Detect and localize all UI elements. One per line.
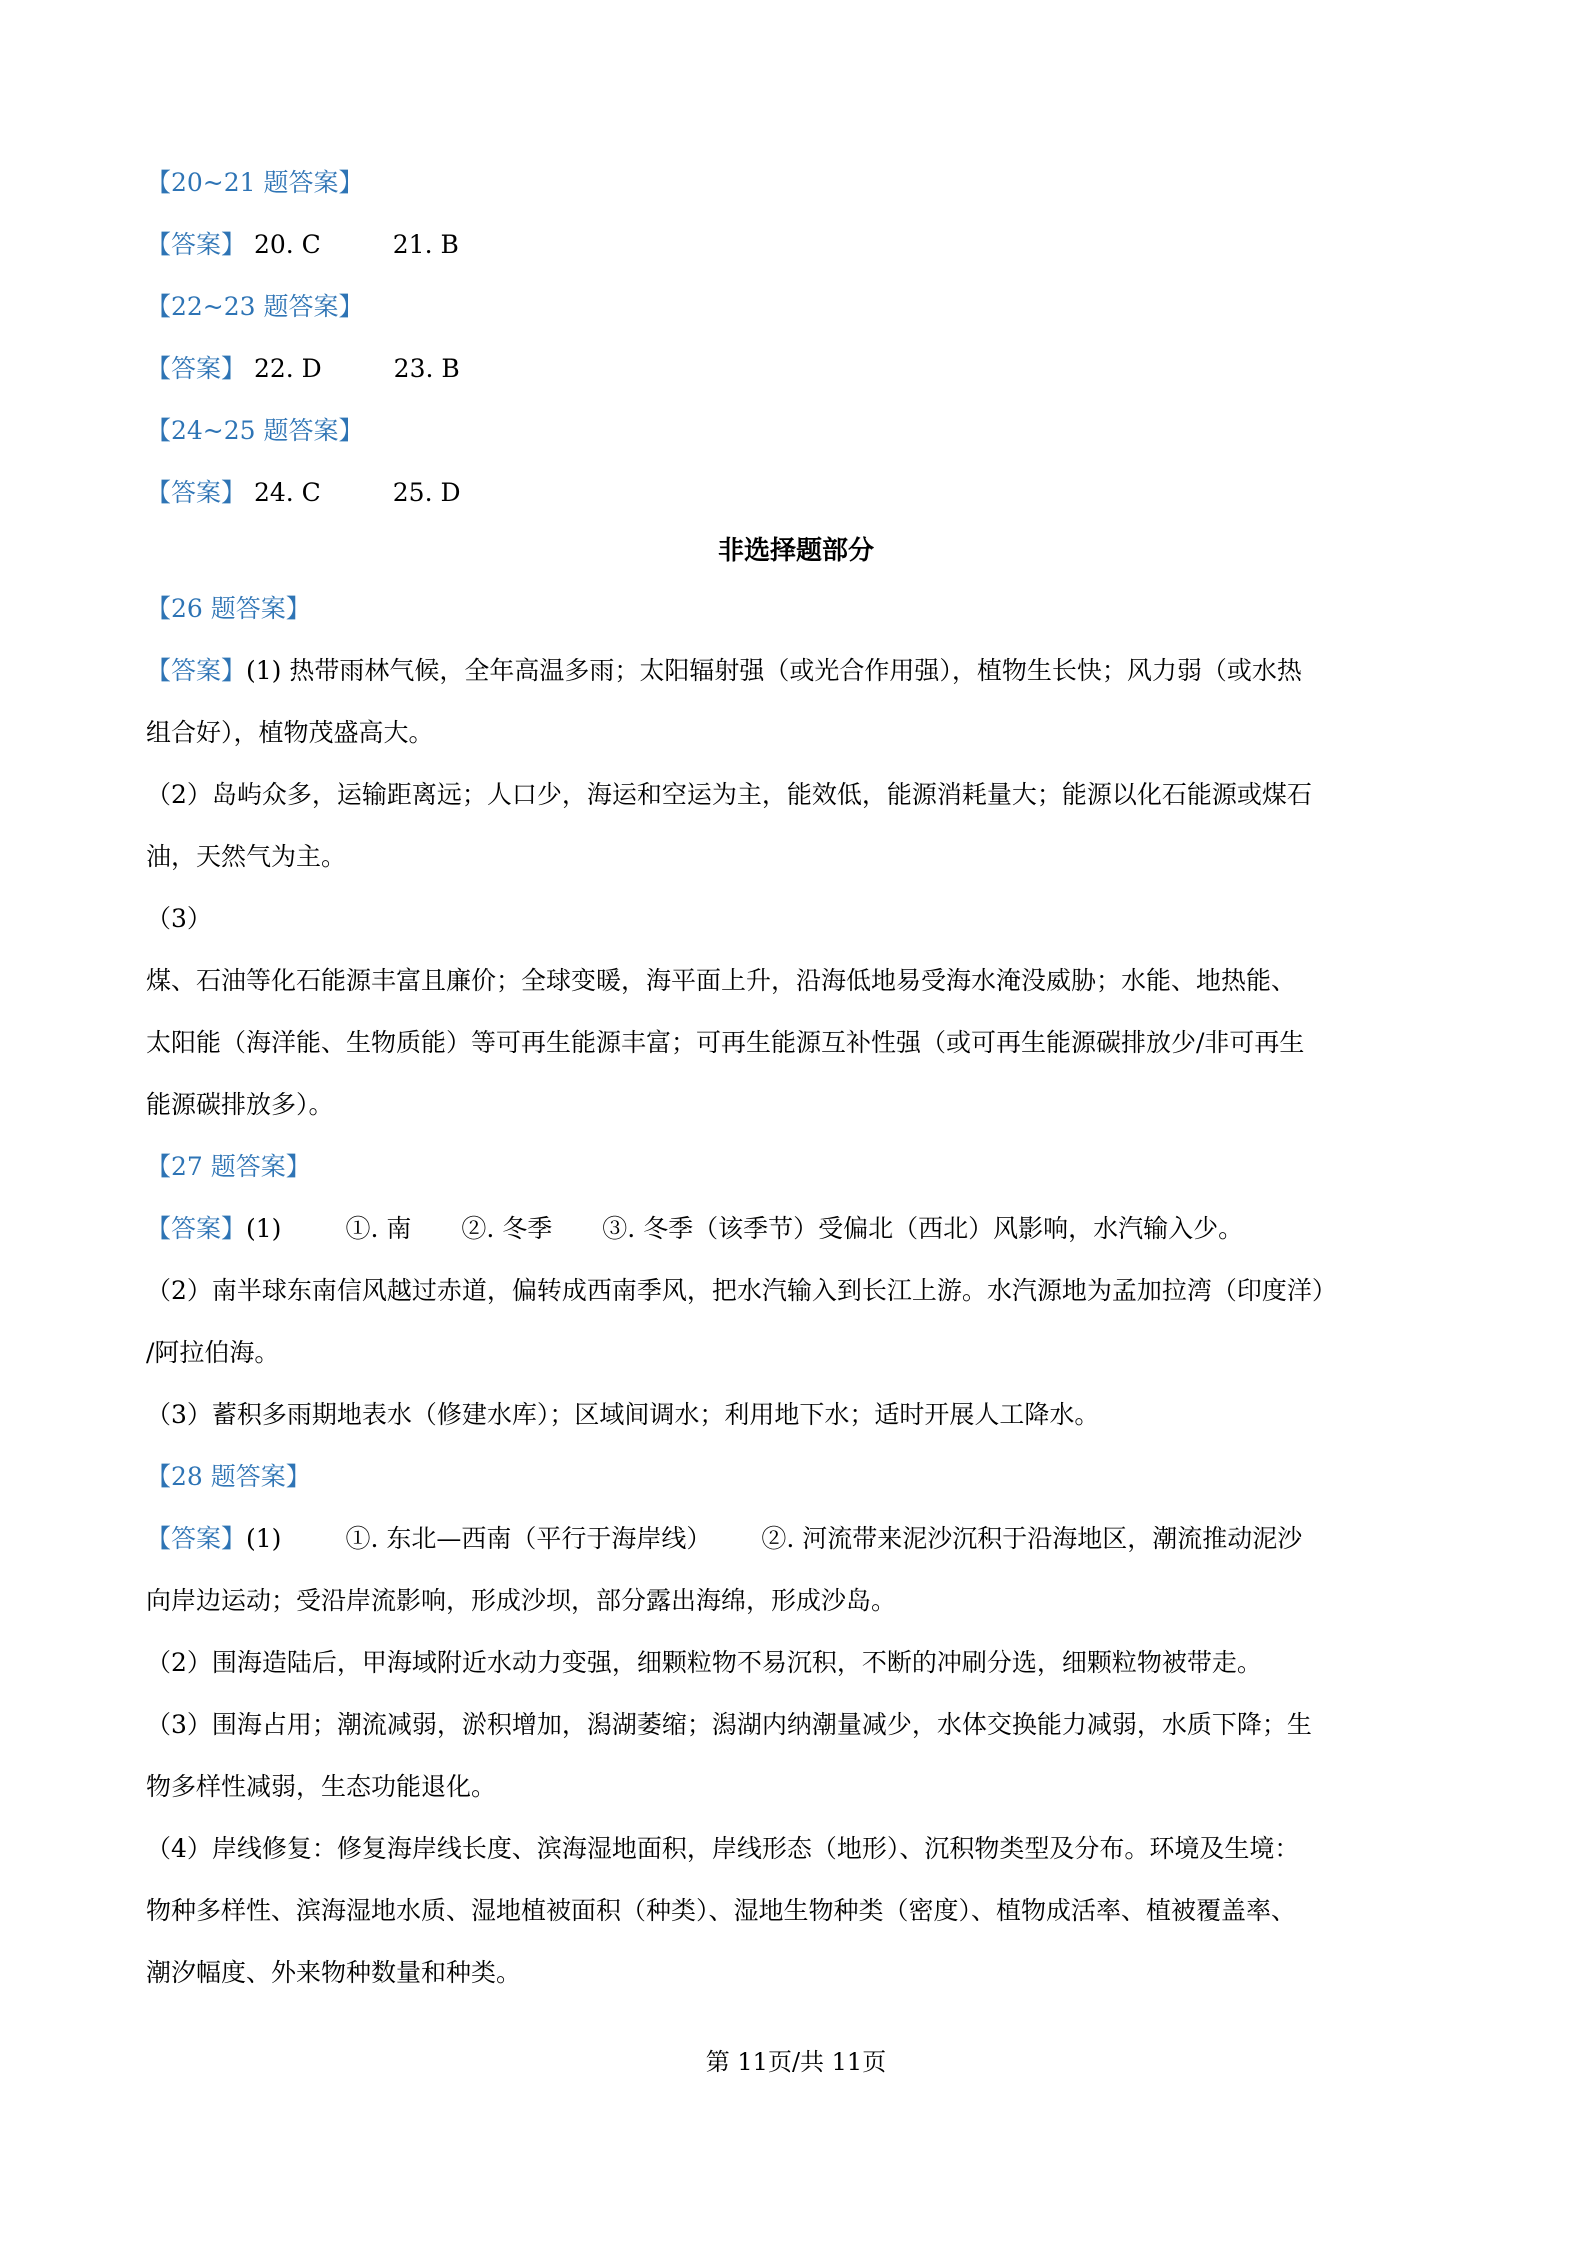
q28-p3-line1: （3）围海占用；潮流减弱，淤积增加，潟湖萎缩；潟湖内纳潮量减少，水体交换能力减弱…: [146, 1708, 1312, 1742]
q27-p3: （3）蓄积多雨期地表水（修建水库）；区域间调水；利用地下水；适时开展人工降水。: [146, 1398, 1099, 1432]
q28-p4-line1: （4）岸线修复：修复海岸线长度、滨海湿地面积，岸线形态（地形）、沉积物类型及分布…: [146, 1832, 1299, 1866]
answer-label: 【答案】: [146, 230, 246, 259]
q26-p3-line3: 能源碳排放多）。: [146, 1088, 334, 1122]
q26-p3-line2: 太阳能（海洋能、生物质能）等可再生能源丰富；可再生能源互补性强（或可再生能源碳排…: [146, 1026, 1304, 1060]
answer-row-24-25: 【答案】 24. C 25. D: [146, 476, 461, 510]
answer-text: ②. 河流带来泥沙沉积于沿海地区，潮流推动泥沙: [761, 1524, 1302, 1553]
q27-p2-line1: （2）南半球东南信风越过赤道，偏转成西南季风，把水汽输入到长江上游。水汽源地为孟…: [146, 1274, 1337, 1308]
section-title: 非选择题部分: [146, 534, 1446, 568]
answer-label: 【答案】: [146, 478, 246, 507]
q28-p4-line3: 潮汐幅度、外来物种数量和种类。: [146, 1956, 521, 1990]
answer-item: 25. D: [393, 478, 461, 507]
sub-question-number: (1): [246, 1524, 281, 1553]
q27-p1: 【答案】(1)①. 南②. 冬季③. 冬季（该季节）受偏北（西北）风影响，水汽输…: [146, 1212, 1243, 1246]
q26-p3-line1: 煤、石油等化石能源丰富且廉价；全球变暖，海平面上升，沿海低地易受海水淹没威胁；水…: [146, 964, 1296, 998]
answer-header-27: 【27 题答案】: [146, 1150, 311, 1184]
answer-item: 20. C: [254, 230, 321, 259]
q28-p3-line2: 物多样性减弱，生态功能退化。: [146, 1770, 496, 1804]
sub-question-number: (1): [246, 1214, 281, 1243]
q26-p2-line2: 油，天然气为主。: [146, 840, 346, 874]
answer-text: ②. 冬季: [461, 1214, 552, 1243]
answer-row-22-23: 【答案】 22. D 23. B: [146, 352, 460, 386]
answer-text: ③. 冬季（该季节）受偏北（西北）风影响，水汽输入少。: [602, 1214, 1243, 1243]
answer-header-24-25: 【24~25 题答案】: [146, 414, 364, 448]
answer-item: 24. C: [254, 478, 321, 507]
q26-p1-line2: 组合好），植物茂盛高大。: [146, 716, 434, 750]
answer-label: 【答案】: [146, 1524, 246, 1553]
answer-header-20-21: 【20~21 题答案】: [146, 166, 364, 200]
answer-text: ①. 东北—西南（平行于海岸线）: [345, 1524, 711, 1553]
page-number: 第 11页/共 11页: [146, 2047, 1446, 2077]
answer-header-28: 【28 题答案】: [146, 1460, 311, 1494]
q26-p1-line1: 【答案】(1) 热带雨林气候，全年高温多雨；太阳辐射强（或光合作用强），植物生长…: [146, 654, 1302, 688]
answer-label: 【答案】: [146, 656, 246, 685]
answer-item: 21. B: [393, 230, 459, 259]
answer-header-22-23: 【22~23 题答案】: [146, 290, 364, 324]
q26-p2-line1: （2）岛屿众多，运输距离远；人口少，海运和空运为主，能效低，能源消耗量大；能源以…: [146, 778, 1312, 812]
q28-p2: （2）围海造陆后，甲海域附近水动力变强，细颗粒物不易沉积，不断的冲刷分选，细颗粒…: [146, 1646, 1262, 1680]
answer-item: 23. B: [394, 354, 460, 383]
answer-header-26: 【26 题答案】: [146, 592, 311, 626]
answer-label: 【答案】: [146, 1214, 246, 1243]
answer-item: 22. D: [254, 354, 322, 383]
q28-p4-line2: 物种多样性、滨海湿地水质、湿地植被面积（种类）、湿地生物种类（密度）、植物成活率…: [146, 1894, 1296, 1928]
q28-p1-cont: 向岸边运动；受沿岸流影响，形成沙坝，部分露出海绵，形成沙岛。: [146, 1584, 896, 1618]
q27-p2-line2: /阿拉伯海。: [146, 1336, 279, 1370]
q26-p3-label: （3）: [146, 902, 212, 936]
answer-text: ①. 南: [345, 1214, 411, 1243]
q28-p1: 【答案】(1)①. 东北—西南（平行于海岸线）②. 河流带来泥沙沉积于沿海地区，…: [146, 1522, 1302, 1556]
answer-label: 【答案】: [146, 354, 246, 383]
answer-text: (1) 热带雨林气候，全年高温多雨；太阳辐射强（或光合作用强），植物生长快；风力…: [246, 656, 1302, 685]
answer-row-20-21: 【答案】 20. C 21. B: [146, 228, 459, 262]
